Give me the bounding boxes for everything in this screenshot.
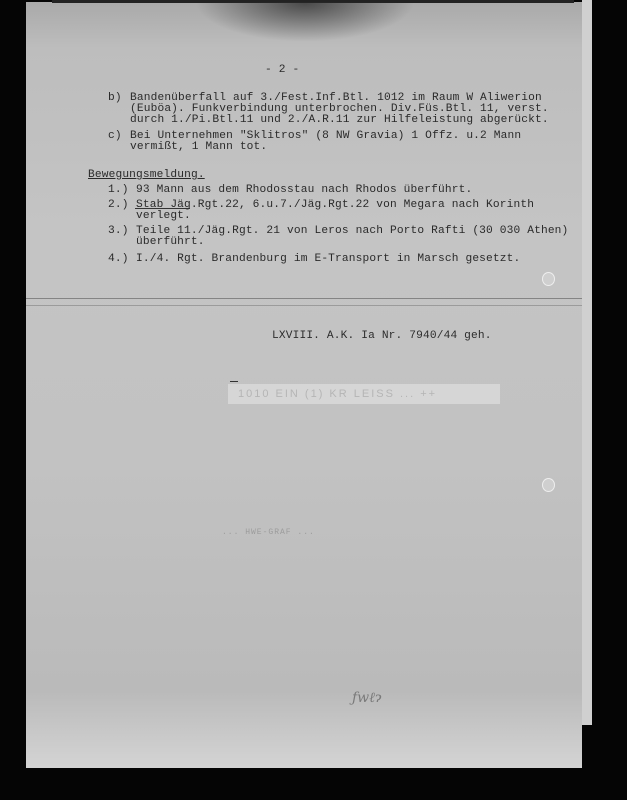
handwritten-initials: ƒ‍w‍ℓ‍ɂ [352,690,382,707]
pen-mark [230,381,238,382]
movement-label: 4.) [108,254,129,265]
page-number: - 2 - [265,65,299,76]
teletype-stamp: 1010 EIN (1) KR LEISS ... ++ [228,384,500,404]
fold-line [26,298,582,299]
movement-label: 3.) [108,226,129,237]
item-label: c) [108,131,122,142]
page-edge-strip [582,0,592,725]
movement-line: I./4. Rgt. Brandenburg im E-Transport in… [136,254,520,265]
reference-number: LXVIII. A.K. Ia Nr. 7940/44 geh. [272,331,492,342]
movement-label: 2.) [108,200,129,211]
punch-hole [542,272,555,286]
item-line: vermißt, 1 Mann tot. [130,142,267,153]
faint-stamp: ... HWE-GRAF ... [222,528,315,537]
movement-label: 1.) [108,185,129,196]
punch-hole [542,478,555,492]
fold-line [26,305,582,306]
item-line: durch 1./Pi.Btl.11 und 2./A.R.11 zur Hil… [130,115,549,126]
movement-line: überführt. [136,237,205,248]
movement-line: Stab Jäg.Rgt.22, 6.u.7./Jäg.Rgt.22 von M… [136,200,534,211]
strikethrough-mark [135,208,190,209]
item-label: b) [108,93,122,104]
movement-line: 93 Mann aus dem Rhodosstau nach Rhodos ü… [136,185,472,196]
section-heading: Bewegungsmeldung. [88,170,205,181]
movement-line: verlegt. [136,211,191,222]
scan-shadow [195,2,415,42]
